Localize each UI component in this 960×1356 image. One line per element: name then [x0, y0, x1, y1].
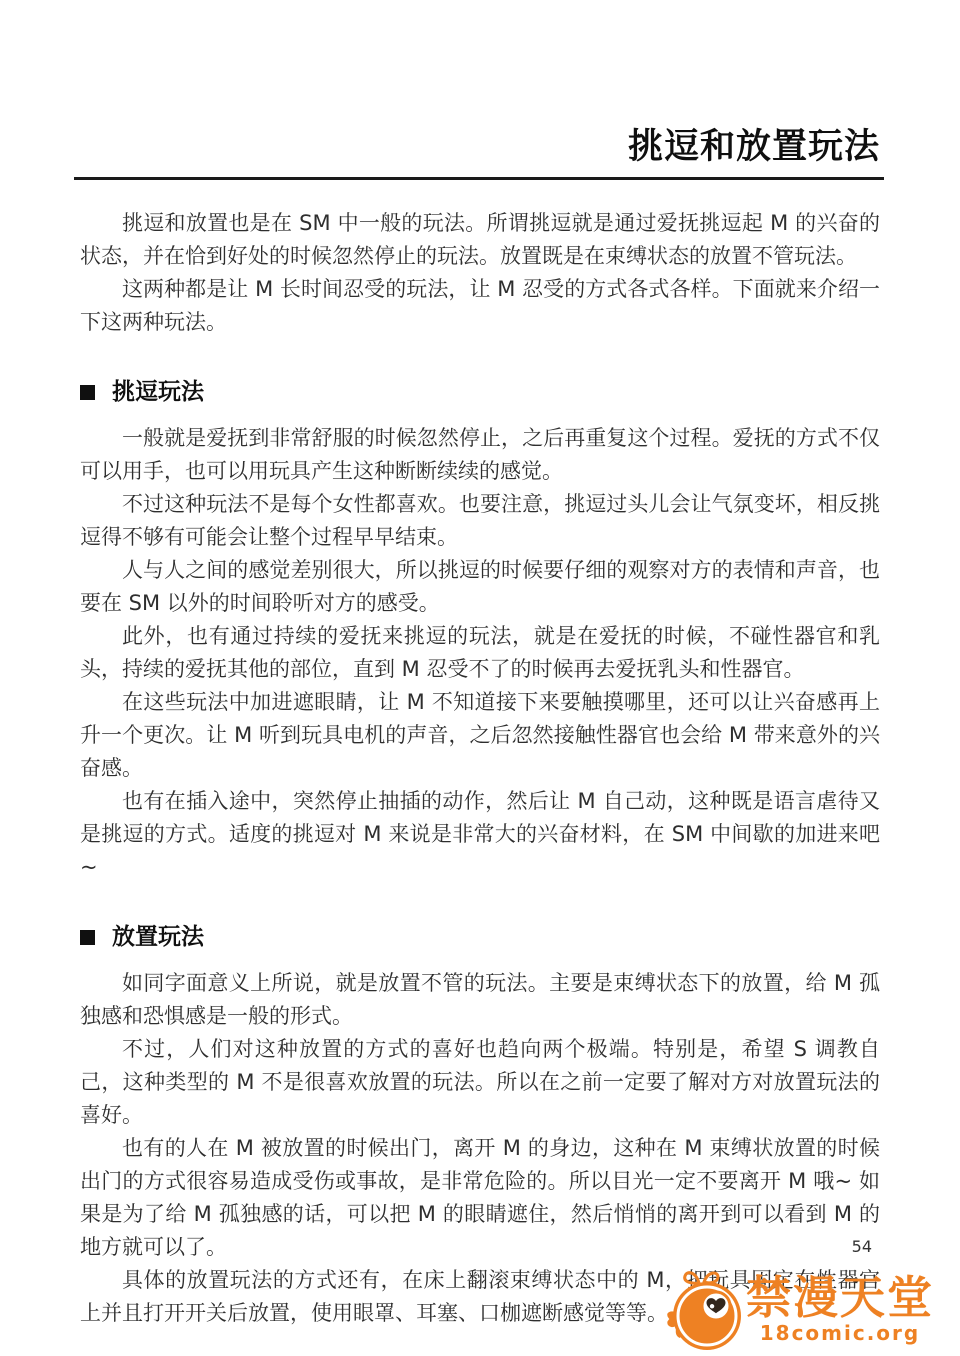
paragraph: 不过这种玩法不是每个女性都喜欢。也要注意，挑逗过头儿会让气氛变坏，相反挑逗得不够…	[80, 488, 880, 554]
watermark: 禁漫天堂 18comic.org	[662, 1266, 934, 1352]
section-heading: 放置玩法	[80, 924, 880, 950]
page-title: 挑逗和放置玩法	[80, 126, 880, 168]
section-teasing-play: 挑逗玩法 一般就是爱抚到非常舒服的时候忽然停止，之后再重复这个过程。爱抚的方式不…	[80, 379, 880, 884]
watermark-site-name: 禁漫天堂	[746, 1275, 934, 1320]
section-heading: 挑逗玩法	[80, 379, 880, 405]
intro-block: 挑逗和放置也是在 SM 中一般的玩法。所谓挑逗就是通过爱抚挑逗起 M 的兴奋的状…	[80, 207, 880, 339]
watermark-site-url: 18comic.org	[760, 1323, 921, 1343]
section-heading-label: 挑逗玩法	[112, 379, 204, 405]
content-area: 挑逗和放置玩法 挑逗和放置也是在 SM 中一般的玩法。所谓挑逗就是通过爱抚挑逗起…	[0, 126, 960, 1330]
paragraph: 也有在插入途中，突然停止抽插的动作，然后让 M 自己动，这种既是语言虐待又是挑逗…	[80, 785, 880, 884]
document-page: 挑逗和放置玩法 挑逗和放置也是在 SM 中一般的玩法。所谓挑逗就是通过爱抚挑逗起…	[0, 0, 960, 1356]
page-number: 54	[852, 1237, 872, 1256]
title-divider	[74, 177, 884, 180]
whale-mascot-logo-icon	[662, 1266, 742, 1352]
paragraph: 人与人之间的感觉差别很大，所以挑逗的时候要仔细的观察对方的表情和声音，也要在 S…	[80, 554, 880, 620]
paragraph: 在这些玩法中加进遮眼睛，让 M 不知道接下来要触摸哪里，还可以让兴奋感再上升一个…	[80, 686, 880, 785]
paragraph: 如同字面意义上所说，就是放置不管的玩法。主要是束缚状态下的放置，给 M 孤独感和…	[80, 967, 880, 1033]
paragraph: 挑逗和放置也是在 SM 中一般的玩法。所谓挑逗就是通过爱抚挑逗起 M 的兴奋的状…	[80, 207, 880, 273]
section-heading-label: 放置玩法	[112, 924, 204, 950]
paragraph: 一般就是爱抚到非常舒服的时候忽然停止，之后再重复这个过程。爱抚的方式不仅可以用手…	[80, 422, 880, 488]
paragraph: 这两种都是让 M 长时间忍受的玩法，让 M 忍受的方式各式各样。下面就来介绍一下…	[80, 273, 880, 339]
square-bullet-icon	[80, 930, 95, 945]
paragraph: 不过，人们对这种放置的方式的喜好也趋向两个极端。特别是，希望 S 调教自己，这种…	[80, 1033, 880, 1132]
square-bullet-icon	[80, 385, 95, 400]
paragraph: 此外，也有通过持续的爱抚来挑逗的玩法，就是在爱抚的时候，不碰性器官和乳头，持续的…	[80, 620, 880, 686]
watermark-text: 禁漫天堂 18comic.org	[746, 1275, 934, 1343]
paragraph: 也有的人在 M 被放置的时候出门，离开 M 的身边，这种在 M 束缚状放置的时候…	[80, 1132, 880, 1264]
